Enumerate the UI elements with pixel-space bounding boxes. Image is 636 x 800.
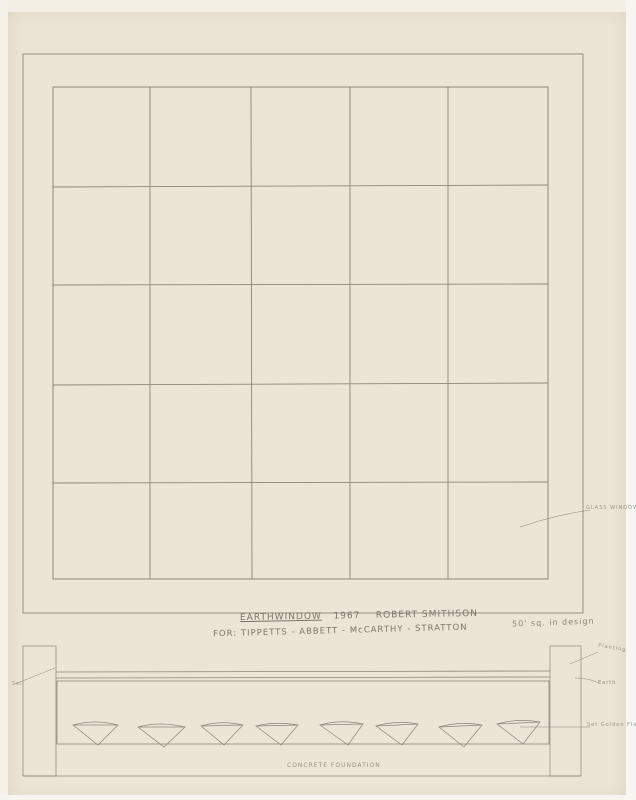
earthwindow-drawing <box>0 0 636 800</box>
earth-label: Earth <box>598 680 616 686</box>
plan-grid-border <box>53 87 548 579</box>
grid-horizontal-lines <box>53 185 548 483</box>
soil-label: Soil <box>12 681 25 687</box>
artwork-title: EARTHWINDOW <box>240 612 322 623</box>
plan-outer-border <box>23 54 583 613</box>
artist-name: ROBERT SMITHSON <box>376 609 478 621</box>
glass-windows-label: GLASS WINDOWS <box>586 505 636 512</box>
grid-vertical-lines <box>150 87 448 579</box>
section-view <box>15 646 598 776</box>
foundation-label: CONCRETE FOUNDATION <box>287 762 381 769</box>
floodlamps <box>73 720 540 747</box>
artwork-year: 1967 <box>333 611 360 621</box>
glass-windows-leader-line <box>520 510 590 527</box>
lamps-label: Set Golden Floodlamps <box>587 722 636 729</box>
